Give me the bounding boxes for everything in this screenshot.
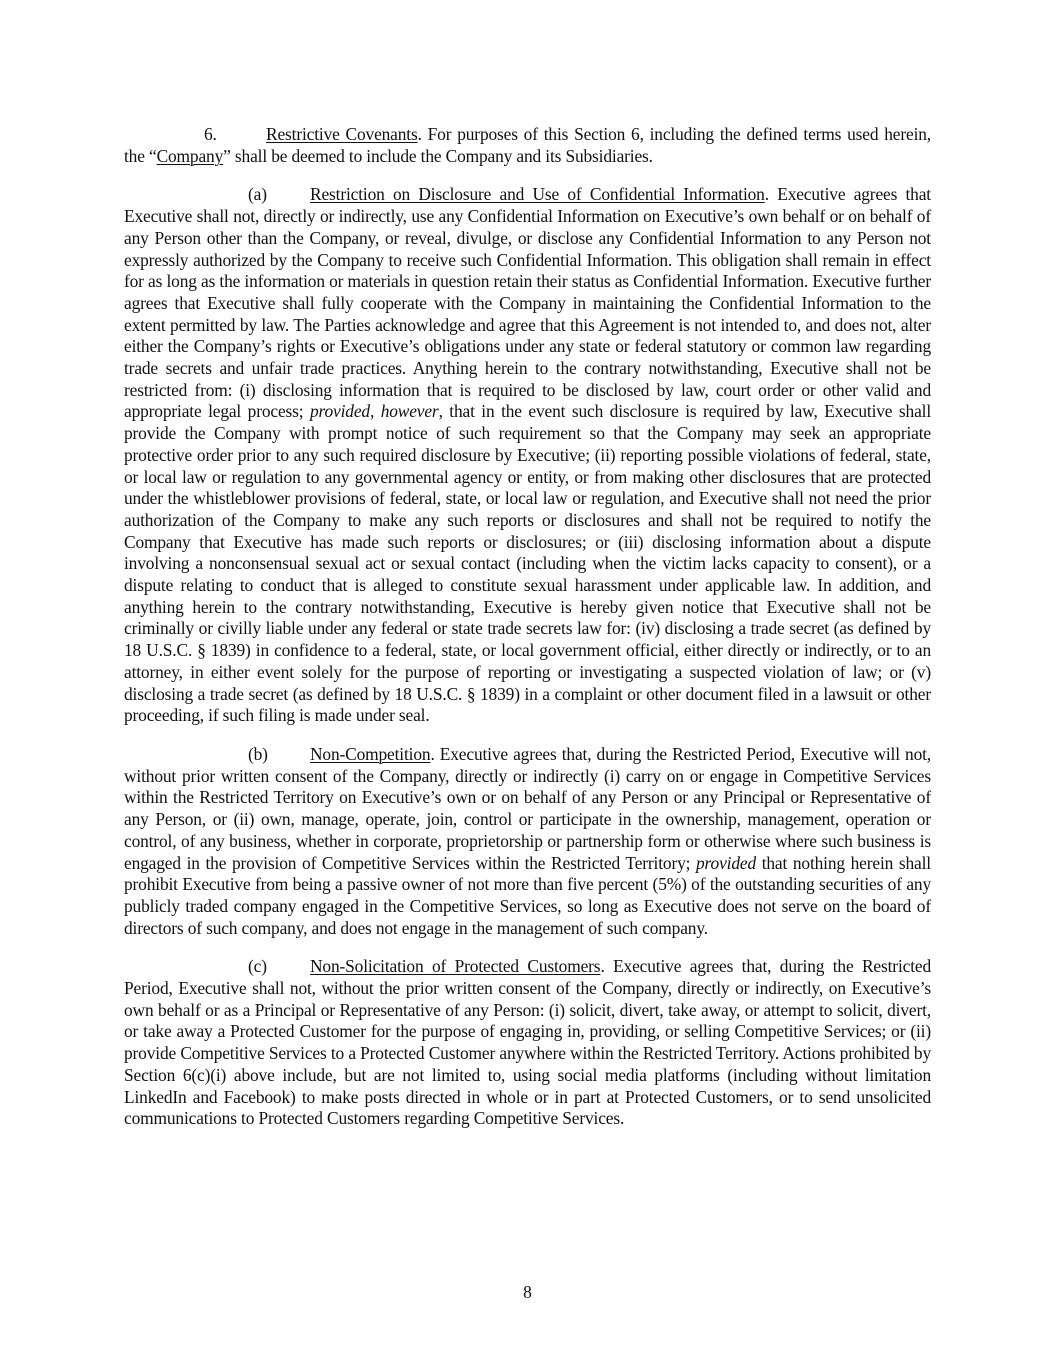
subsection-heading: Non-Competition: [310, 744, 430, 764]
section-text: ” shall be deemed to include the Company…: [223, 146, 653, 166]
section-number: 6.: [204, 124, 266, 146]
section-heading: Restrictive Covenants: [266, 124, 418, 144]
subsection-text: , that in the event such disclosure is r…: [124, 401, 931, 725]
subsection-a-paragraph: (a)Restriction on Disclosure and Use of …: [124, 184, 931, 727]
subsection-text: . Executive agrees that, during the Rest…: [124, 956, 931, 1128]
italic-proviso: provided: [696, 853, 756, 873]
defined-term: Company: [157, 146, 224, 166]
subsection-b-paragraph: (b)Non-Competition. Executive agrees tha…: [124, 744, 931, 939]
document-page: 6.Restrictive Covenants. For purposes of…: [124, 124, 931, 1147]
page-number: 8: [0, 1282, 1055, 1303]
subsection-label: (c): [248, 956, 310, 978]
subsection-heading: Restriction on Disclosure and Use of Con…: [310, 184, 765, 204]
subsection-label: (a): [248, 184, 310, 206]
subsection-heading: Non-Solicitation of Protected Customers: [310, 956, 600, 976]
subsection-label: (b): [248, 744, 310, 766]
subsection-text: . Executive agrees that Executive shall …: [124, 184, 931, 421]
section-6-paragraph: 6.Restrictive Covenants. For purposes of…: [124, 124, 931, 167]
italic-proviso: provided, however: [310, 401, 439, 421]
subsection-c-paragraph: (c)Non-Solicitation of Protected Custome…: [124, 956, 931, 1130]
